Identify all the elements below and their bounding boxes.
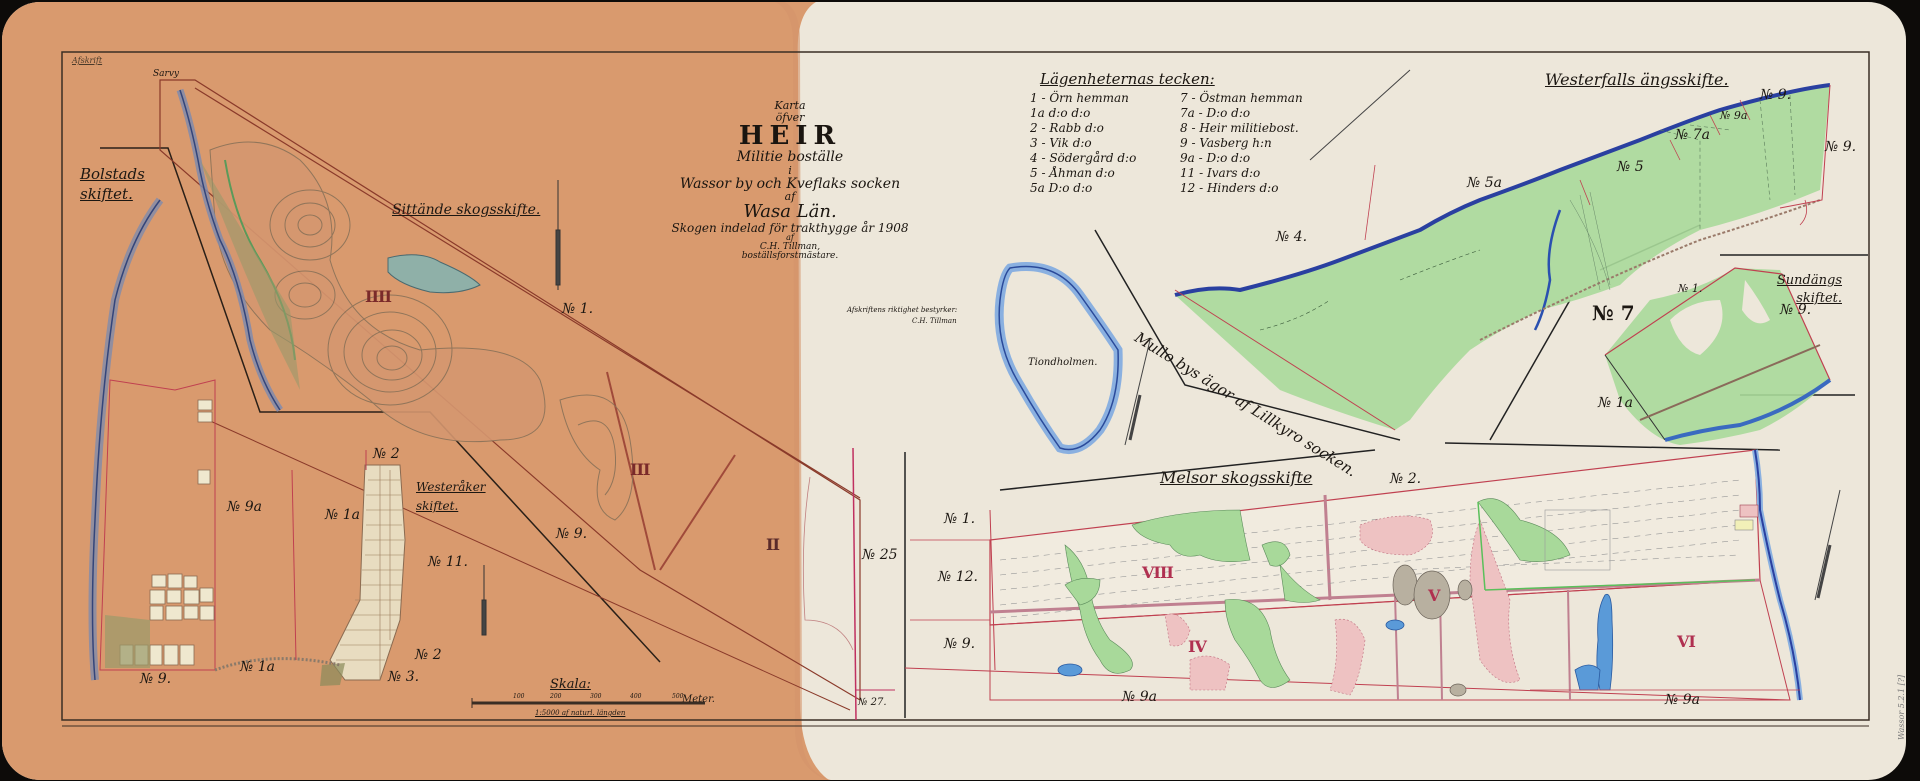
forest-block-iii: III [630,460,649,479]
attestation-signature: C.H. Tillman [912,318,957,325]
forest-block-iiii: IIII [365,287,391,306]
parcel-n9a: № 9a [227,500,262,514]
forest-block-iv: IV [1188,637,1206,656]
parcel-n9: № 9. [140,672,171,686]
title-line5: Wassor by och Kveflaks socken [630,177,950,192]
scale-title: Skala: [550,678,591,691]
archive-stamp: Wassor 5.2.1 [?] [1898,675,1906,740]
legend-item: 1a d:o d:o [1030,106,1180,120]
legend-item: 11 - Ivars d:o [1180,166,1330,180]
legend-item: 8 - Heir militiebost. [1180,121,1330,135]
parcel-n7: № 7 [1592,303,1635,323]
legend-item: 7 - Östman hemman [1180,91,1330,105]
section-bolstads: Bolstads skiftet. [80,165,160,204]
legend-title: Lägenheternas tecken: [1040,70,1330,88]
parcel-n2: № 2. [1390,472,1421,486]
title-line4: i [660,165,920,177]
parcel-n25: № 25 [862,548,898,562]
parcel-n1: № 1. [944,512,975,526]
scale-tick: 300 [590,694,601,700]
legend-item: 9a - D:o d:o [1180,151,1330,165]
parcel-n1a: № 1a [325,508,360,522]
title-line11: boställsforstmästare. [660,252,920,261]
forest-block-viii: VIII [1142,563,1173,582]
legend-item: 2 - Rabb d:o [1030,121,1180,135]
parcel-n1a: № 1a [240,660,275,674]
forest-block-ii: II [766,535,779,554]
parcel-n9a: № 9a [1720,110,1747,121]
scale-ratio: 1:5000 af naturl. längden [535,710,625,717]
scale-unit: Meter. [682,695,715,705]
parcel-n2: № 2 [415,648,442,662]
section-sittande: Sittände skogsskifte. [392,203,540,217]
legend: Lägenheternas tecken: 1 - Örn hemman 7 -… [1030,70,1330,195]
scale-tick: 400 [630,694,641,700]
parcel-n7a: № 7a [1675,128,1710,142]
attestation-text: Afskriftens riktighet bestyrker: [847,307,957,314]
parcel-n3: № 3. [388,670,419,684]
title-block: Karta öfver HEIR Militie boställe i Wass… [660,100,920,262]
legend-item: 5a D:o d:o [1030,181,1180,195]
legend-item: 5 - Åhman d:o [1030,166,1180,180]
parcel-n5a: № 5a [1467,176,1502,190]
parcel-n9a: № 9a [1122,690,1157,704]
legend-item: 4 - Södergård d:o [1030,151,1180,165]
parcel-n4: № 4. [1276,230,1307,244]
parcel-n2: № 2 [373,447,400,461]
section-melsor: Melsor skogsskifte [1160,470,1312,486]
section-westerfalls: Westerfalls ängsskifte. [1545,72,1729,88]
north-label: Sarvy [153,70,179,79]
title-line1: Karta [660,100,920,112]
section-westeraker: Westeråker skiftet. [416,478,486,516]
map-canvas [0,0,1920,781]
label-tiondholmen: Tiondholmen. [1028,358,1097,368]
parcel-n9: № 9. [1825,140,1856,154]
parcel-n12: № 12. [938,570,978,584]
parcel-n9a: № 9a [1665,693,1700,707]
parcel-n1: № 1. [1678,283,1702,294]
corner-note: Afskrift [72,57,102,65]
parcel-n9: № 9. [556,527,587,541]
scale-tick: 200 [550,694,561,700]
title-line7: Wasa Län. [660,203,920,222]
forest-block-vi: VI [1677,632,1695,651]
parcel-n5: № 5 [1617,160,1644,174]
parcel-n27: № 27. [858,698,887,708]
parcel-n1: № 1. [562,302,593,316]
legend-item: 3 - Vik d:o [1030,136,1180,150]
forest-block-v: V [1428,586,1439,605]
title-main: HEIR [660,123,920,150]
legend-item: 7a - D:o d:o [1180,106,1330,120]
map-sheet [0,0,1920,781]
legend-item: 9 - Vasberg h:n [1180,136,1330,150]
parcel-n9: № 9. [1780,303,1811,317]
parcel-n1a: № 1a [1598,396,1633,410]
parcel-n9: № 9. [944,637,975,651]
parcel-n11: № 11. [428,555,468,569]
scale-tick: 100 [513,694,524,700]
title-line3: Militie boställe [660,150,920,165]
legend-item: 1 - Örn hemman [1030,91,1180,105]
parcel-n9: № 9. [1760,88,1791,102]
legend-item: 12 - Hinders d:o [1180,181,1330,195]
